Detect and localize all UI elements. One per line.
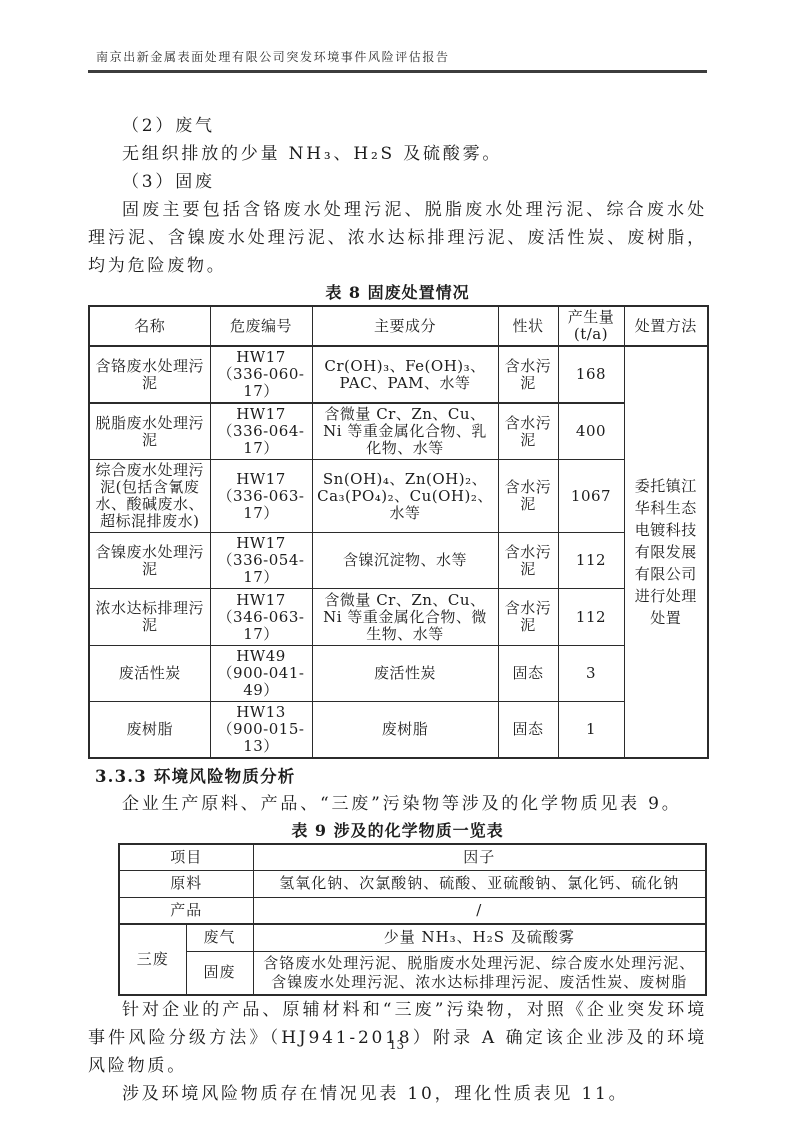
cell-solid-waste-label: 固废 bbox=[186, 951, 253, 995]
cell-code-line2: （336-064-17） bbox=[214, 423, 309, 457]
cell-state: 含水污泥 bbox=[498, 589, 558, 646]
cell-amount: 400 bbox=[558, 403, 624, 460]
paragraph-waste-gas-label: （2）废气 bbox=[88, 112, 707, 140]
table9-row-product: 产品 / bbox=[119, 897, 706, 924]
report-page: 南京出新金属表面处理有限公司突发环境事件风险评估报告 （2）废气 无组织排放的少… bbox=[0, 0, 793, 1122]
paragraph-risk-tables: 涉及环境风险物质存在情况见表 10，理化性质表见 11。 bbox=[88, 1080, 707, 1108]
table8-header-code: 危废编号 bbox=[210, 306, 312, 346]
cell-name: 脱脂废水处理污泥 bbox=[89, 403, 210, 460]
table8-header-composition: 主要成分 bbox=[312, 306, 498, 346]
cell-product-label: 产品 bbox=[119, 897, 253, 924]
table9-row-raw-material: 原料 氢氧化钠、次氯酸钠、硫酸、亚硫酸钠、氯化钙、硫化钠 bbox=[119, 870, 706, 897]
header-rule bbox=[88, 70, 707, 73]
table8-caption: 表 8 固废处置情况 bbox=[88, 283, 707, 303]
cell-three-wastes-label: 三废 bbox=[119, 924, 186, 995]
page-header: 南京出新金属表面处理有限公司突发环境事件风险评估报告 bbox=[88, 48, 707, 73]
cell-name: 浓水达标排理污泥 bbox=[89, 589, 210, 646]
cell-composition: Sn(OH)₄、Zn(OH)₂、Ca₃(PO₄)₂、Cu(OH)₂、水等 bbox=[312, 460, 498, 533]
section-heading-3-3-3: 3.3.3 环境风险物质分析 bbox=[95, 764, 707, 790]
cell-solid-waste-value: 含铬废水处理污泥、脱脂废水处理污泥、综合废水处理污泥、含镍废水处理污泥、浓水达标… bbox=[253, 951, 706, 995]
cell-name: 含镍废水处理污泥 bbox=[89, 533, 210, 589]
table9-row-waste-gas: 三废 废气 少量 NH₃、H₂S 及硫酸雾 bbox=[119, 924, 706, 951]
cell-code-line1: HW17 bbox=[214, 535, 309, 552]
cell-state: 含水污泥 bbox=[498, 460, 558, 533]
chemical-substances-table: 项目 因子 原料 氢氧化钠、次氯酸钠、硫酸、亚硫酸钠、氯化钙、硫化钠 产品 / … bbox=[118, 843, 707, 996]
cell-composition: 废活性炭 bbox=[312, 646, 498, 702]
cell-amount: 1 bbox=[558, 702, 624, 759]
cell-waste-gas-label: 废气 bbox=[186, 924, 253, 951]
table8-header-amount-line2: (t/a) bbox=[562, 326, 621, 343]
cell-name: 综合废水处理污泥(包括含氰废水、酸碱废水、超标混排废水) bbox=[89, 460, 210, 533]
table8-header-disposal: 处置方法 bbox=[624, 306, 708, 346]
table8-header-state: 性状 bbox=[498, 306, 558, 346]
paragraph-chemicals-intro: 企业生产原料、产品、“三废”污染物等涉及的化学物质见表 9。 bbox=[88, 790, 707, 818]
cell-code: HW17 （336-064-17） bbox=[210, 403, 312, 460]
cell-code-line2: （346-063-17） bbox=[214, 609, 309, 643]
table8-row-concentrate-sludge: 浓水达标排理污泥 HW17 （346-063-17） 含微量 Cr、Zn、Cu、… bbox=[89, 589, 708, 646]
table8-row-comprehensive-sludge: 综合废水处理污泥(包括含氰废水、酸碱废水、超标混排废水) HW17 （336-0… bbox=[89, 460, 708, 533]
cell-code: HW17 （336-063-17） bbox=[210, 460, 312, 533]
cell-code-line1: HW17 bbox=[214, 349, 309, 366]
cell-code-line2: （336-060-17） bbox=[214, 366, 309, 400]
cell-state: 含水污泥 bbox=[498, 533, 558, 589]
page-number: 13 bbox=[0, 1038, 793, 1052]
table8-row-spent-resin: 废树脂 HW13 （900-015-13） 废树脂 固态 1 bbox=[89, 702, 708, 759]
cell-composition: 含镍沉淀物、水等 bbox=[312, 533, 498, 589]
cell-code-line1: HW49 bbox=[214, 648, 309, 665]
cell-composition: 含微量 Cr、Zn、Cu、Ni 等重金属化合物、微生物、水等 bbox=[312, 589, 498, 646]
paragraph-waste-gas-desc: 无组织排放的少量 NH₃、H₂S 及硫酸雾。 bbox=[88, 140, 707, 168]
cell-name: 废树脂 bbox=[89, 702, 210, 759]
cell-composition: 含微量 Cr、Zn、Cu、Ni 等重金属化合物、乳化物、水等 bbox=[312, 403, 498, 460]
cell-amount: 168 bbox=[558, 346, 624, 403]
cell-code-line1: HW13 bbox=[214, 704, 309, 721]
header-title: 南京出新金属表面处理有限公司突发环境事件风险评估报告 bbox=[88, 48, 707, 70]
cell-code-line2: （900-015-13） bbox=[214, 721, 309, 755]
cell-amount: 112 bbox=[558, 589, 624, 646]
cell-composition: Cr(OH)₃、Fe(OH)₃、PAC、PAM、水等 bbox=[312, 346, 498, 403]
cell-code: HW13 （900-015-13） bbox=[210, 702, 312, 759]
cell-amount: 3 bbox=[558, 646, 624, 702]
table8-header-name: 名称 bbox=[89, 306, 210, 346]
table9-header-item: 项目 bbox=[119, 844, 253, 870]
cell-code-line1: HW17 bbox=[214, 592, 309, 609]
cell-product-value: / bbox=[253, 897, 706, 924]
cell-code-line2: （336-063-17） bbox=[214, 488, 309, 522]
cell-state: 固态 bbox=[498, 702, 558, 759]
table9-row-solid-waste: 固废 含铬废水处理污泥、脱脂废水处理污泥、综合废水处理污泥、含镍废水处理污泥、浓… bbox=[119, 951, 706, 995]
table8-row-degreasing-sludge: 脱脂废水处理污泥 HW17 （336-064-17） 含微量 Cr、Zn、Cu、… bbox=[89, 403, 708, 460]
cell-code: HW17 （346-063-17） bbox=[210, 589, 312, 646]
cell-state: 固态 bbox=[498, 646, 558, 702]
table9-caption: 表 9 涉及的化学物质一览表 bbox=[88, 821, 707, 841]
table8-disposal-method-cell: 委托镇江华科生态电镀科技有限发展有限公司进行处理处置 bbox=[624, 346, 708, 758]
cell-code-line1: HW17 bbox=[214, 471, 309, 488]
cell-state: 含水污泥 bbox=[498, 346, 558, 403]
paragraph-solid-waste-desc: 固废主要包括含铬废水处理污泥、脱脂废水处理污泥、综合废水处理污泥、含镍废水处理污… bbox=[88, 196, 707, 280]
cell-composition: 废树脂 bbox=[312, 702, 498, 759]
cell-waste-gas-value: 少量 NH₃、H₂S 及硫酸雾 bbox=[253, 924, 706, 951]
cell-raw-material-label: 原料 bbox=[119, 870, 253, 897]
cell-name: 含铬废水处理污泥 bbox=[89, 346, 210, 403]
table8-row-nickel-sludge: 含镍废水处理污泥 HW17 （336-054-17） 含镍沉淀物、水等 含水污泥… bbox=[89, 533, 708, 589]
table8-row-chromium-sludge: 含铬废水处理污泥 HW17 （336-060-17） Cr(OH)₃、Fe(OH… bbox=[89, 346, 708, 403]
cell-code-line1: HW17 bbox=[214, 406, 309, 423]
cell-amount: 112 bbox=[558, 533, 624, 589]
cell-name: 废活性炭 bbox=[89, 646, 210, 702]
content-area: （2）废气 无组织排放的少量 NH₃、H₂S 及硫酸雾。 （3）固废 固废主要包… bbox=[88, 112, 707, 1108]
cell-code-line2: （336-054-17） bbox=[214, 552, 309, 586]
table8-header-amount: 产生量 (t/a) bbox=[558, 306, 624, 346]
paragraph-solid-waste-label: （3）固废 bbox=[88, 168, 707, 196]
cell-raw-material-value: 氢氧化钠、次氯酸钠、硫酸、亚硫酸钠、氯化钙、硫化钠 bbox=[253, 870, 706, 897]
cell-code: HW49 （900-041-49） bbox=[210, 646, 312, 702]
cell-code: HW17 （336-054-17） bbox=[210, 533, 312, 589]
table8-row-spent-carbon: 废活性炭 HW49 （900-041-49） 废活性炭 固态 3 bbox=[89, 646, 708, 702]
table9-header-row: 项目 因子 bbox=[119, 844, 706, 870]
cell-code-line2: （900-041-49） bbox=[214, 665, 309, 699]
cell-amount: 1067 bbox=[558, 460, 624, 533]
table8-header-amount-line1: 产生量 bbox=[562, 309, 621, 326]
cell-state: 含水污泥 bbox=[498, 403, 558, 460]
solid-waste-disposal-table: 名称 危废编号 主要成分 性状 产生量 (t/a) 处置方法 含铬废水处理污泥 … bbox=[88, 305, 709, 759]
cell-code: HW17 （336-060-17） bbox=[210, 346, 312, 403]
table9-header-factor: 因子 bbox=[253, 844, 706, 870]
table8-header-row: 名称 危废编号 主要成分 性状 产生量 (t/a) 处置方法 bbox=[89, 306, 708, 346]
